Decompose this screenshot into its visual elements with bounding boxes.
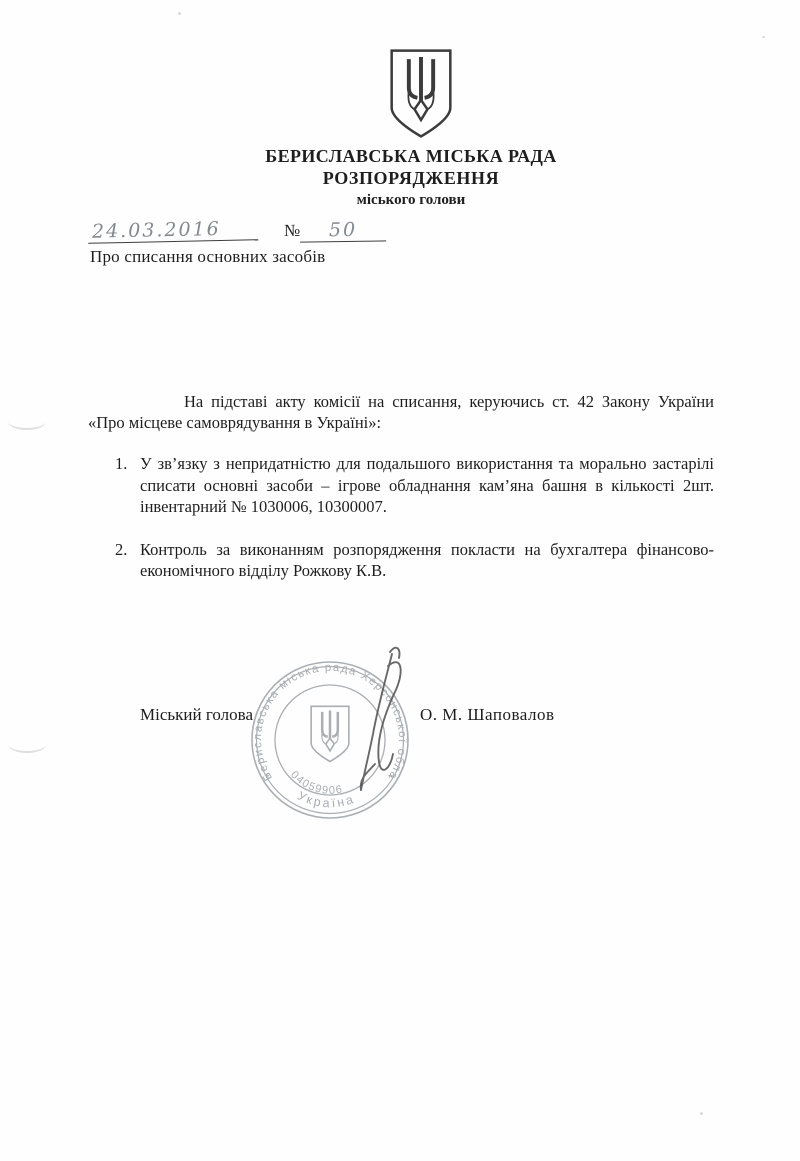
item-number: 2. (115, 539, 140, 582)
subject-line: Про списання основних засобів (90, 247, 325, 267)
item-text: У зв’язку з непридатністю для подальшого… (140, 453, 714, 518)
items-list: 1. У зв’язку з непридатністю для подальш… (115, 453, 714, 603)
scan-artifact-arc (8, 413, 46, 430)
scan-speck (700, 1112, 703, 1115)
signer-position: Міський голова (140, 705, 253, 725)
org-name: БЕРИСЛАВСЬКА МІСЬКА РАДА (11, 146, 800, 168)
list-item: 2. Контроль за виконанням розпорядження … (115, 539, 714, 582)
document-page: БЕРИСЛАВСЬКА МІСЬКА РАДА РОЗПОРЯДЖЕННЯ м… (0, 0, 800, 1161)
ukraine-trident-icon (384, 47, 458, 140)
handwritten-date: 24.03.2016 (88, 217, 258, 244)
doc-type: РОЗПОРЯДЖЕННЯ (11, 168, 800, 190)
document-header: БЕРИСЛАВСЬКА МІСЬКА РАДА РОЗПОРЯДЖЕННЯ м… (11, 146, 800, 209)
handwritten-number: 50 (300, 218, 386, 242)
scan-artifact-arc (8, 736, 46, 753)
list-item: 1. У зв’язку з непридатністю для подальш… (115, 453, 714, 518)
requisites-row: 24.03.2016№50 (88, 219, 386, 247)
item-number: 1. (115, 453, 140, 518)
scan-speck (178, 12, 181, 15)
signature-section: Бериславська міська рада Херсонської обл… (0, 648, 800, 848)
number-label: № (284, 221, 300, 240)
stamp-star-left: * (265, 771, 270, 785)
preamble-paragraph: На підставі акту комісії на списання, ке… (88, 391, 714, 433)
signer-name: О. М. Шаповалов (420, 705, 554, 725)
emblem-container (0, 47, 800, 140)
doc-author: міського голови (11, 191, 800, 209)
item-text: Контроль за виконанням розпорядження пок… (140, 539, 714, 582)
scan-speck (762, 36, 765, 38)
handwritten-signature (330, 644, 430, 804)
